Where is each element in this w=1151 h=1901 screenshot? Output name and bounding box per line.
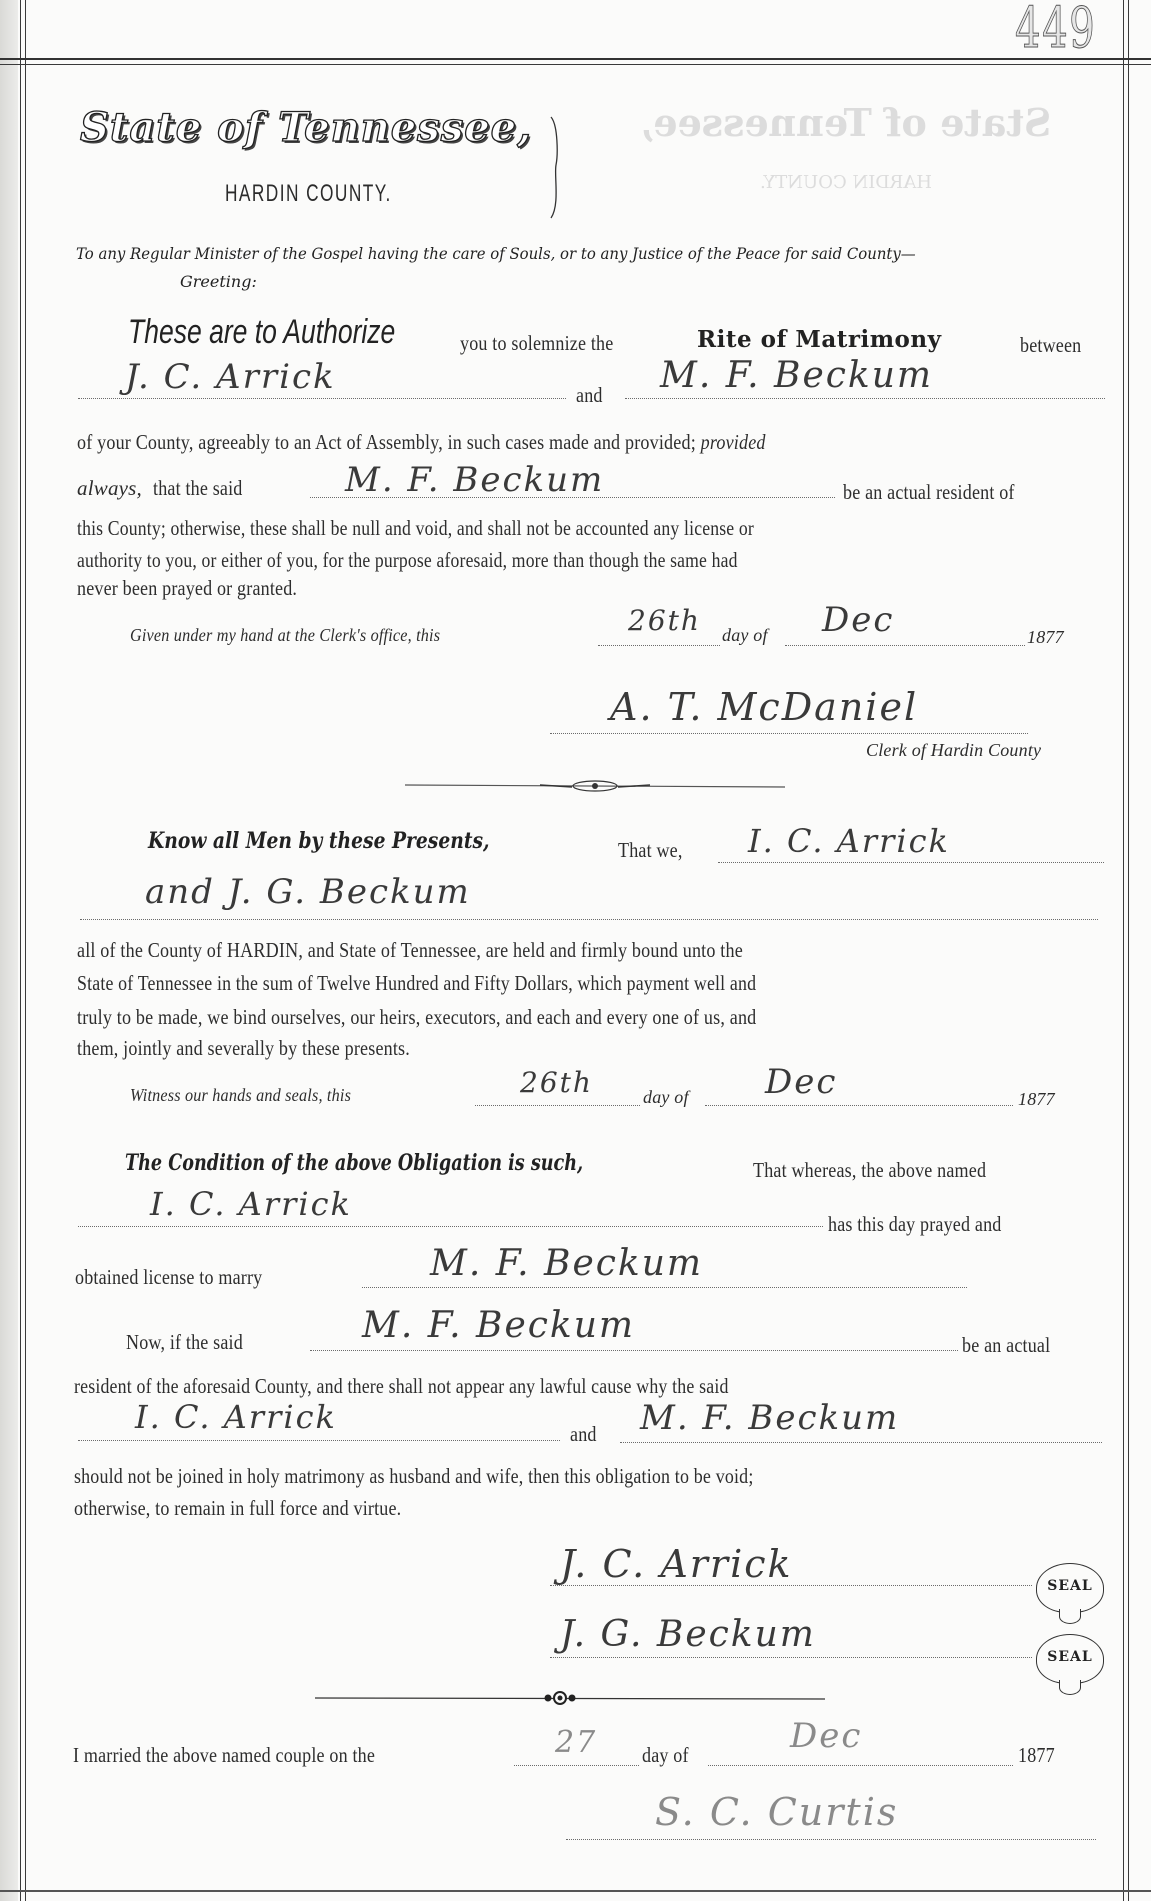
married-day: 27 [555,1725,597,1760]
brace-icon [548,115,564,220]
ornament-divider-2-icon [310,1688,830,1708]
condition-heading-tail: That whereas, the above named [753,1158,986,1183]
address-line: To any Regular Minister of the Gospel ha… [76,244,916,263]
married-month-line [708,1765,1013,1766]
given-day-of: day of [722,625,768,646]
witness-day: 26th [520,1066,593,1099]
condition-applicant: I. C. Arrick [150,1185,352,1223]
that-we-label: That we, [618,838,683,863]
condition-now-name: M. F. Beckum [362,1305,635,1346]
witness-prefix: Witness our hands and seals, this [130,1085,351,1106]
officiant-signature-line [566,1839,1096,1840]
actual-resident-text: be an actual resident of [843,480,1015,505]
condition-and-label: and [570,1422,597,1447]
married-year: 1877 [1018,1743,1055,1768]
county-name: HARDIN COUNTY. [225,180,392,208]
license-para-line1: of your County, agreeably to an Act of A… [77,430,766,455]
bleed-through-title: State of Tennessee, [640,100,1051,145]
married-day-of: day of [642,1743,689,1768]
applicant-field-line [78,1226,823,1227]
bond-surety: and J. G. Beckum [145,872,471,912]
clerk-signature: A. T. McDaniel [610,685,918,729]
bond-para-line1: all of the County of HARDIN, and State o… [77,938,743,963]
signature1: J. C. Arrick [560,1542,793,1586]
signature2: J. G. Beckum [560,1614,816,1655]
document-title: State of Tennessee, [80,104,532,151]
now-name-field-line [310,1350,958,1351]
married-month: Dec [790,1716,862,1756]
witness-year: 1877 [1018,1089,1055,1110]
married-day-line [514,1765,639,1766]
condition-spouse: M. F. Beckum [430,1243,703,1284]
condition-party1: I. C. Arrick [135,1398,337,1436]
right-border-inner [1123,0,1124,1901]
authorize-text: you to solemnize the [460,331,613,356]
prayed-text: has this day prayed and [828,1212,1001,1237]
bond-heading: Know all Men by these Presents, [148,828,490,854]
left-border-outer [20,0,21,1901]
bleed-through-county: HARDIN COUNTY. [760,172,932,193]
actual-text: be an actual [962,1333,1050,1358]
license-para-line5: never been prayed or granted. [77,576,297,601]
witness-day-line [475,1105,640,1106]
bottom-rule [0,1890,1151,1892]
bond-para-line4: them, jointly and severally by these pre… [77,1036,410,1061]
ornament-divider-icon [400,775,790,795]
license-para-line1-text: of your County, agreeably to an Act of A… [77,430,696,454]
license-para-line4: authority to you, or either of you, for … [77,548,738,573]
right-border-outer [1128,0,1129,1901]
bride-name: M. F. Beckum [660,355,933,396]
given-month: Dec [822,600,894,640]
authorize-heading: These are to Authorize [128,313,395,352]
party2-field-line [620,1442,1102,1443]
now-if-text: Now, if the said [126,1330,243,1355]
clerk-title: Clerk of Hardin County [866,740,1041,761]
bond-principal: I. C. Arrick [748,822,950,860]
bride-field-line [625,398,1105,399]
party1-field-line [78,1440,560,1441]
page-number: 449 [1015,0,1096,61]
bond-para-line3: truly to be made, we bind ourselves, our… [77,1005,756,1030]
spouse-field-line [362,1287,967,1288]
given-prefix: Given under my hand at the Clerk's offic… [130,625,440,646]
groom-field-line [78,398,566,399]
signature2-line [550,1657,1032,1658]
rite-of-matrimony: Rite of Matrimony [697,326,941,353]
clerk-signature-line [550,733,1028,734]
greeting: Greeting: [180,272,257,291]
between-label: between [1020,333,1081,358]
condition-party2: M. F. Beckum [640,1398,899,1438]
left-border-inner [25,0,26,1901]
provided-italic: provided [701,430,766,454]
witness-month: Dec [765,1062,837,1102]
that-the-said: that the said [153,476,243,501]
given-day: 26th [628,604,701,637]
seal-1: SEAL [1036,1563,1104,1613]
groom-name: J. C. Arrick [125,357,336,397]
given-month-line [785,645,1025,646]
resident-name: M. F. Beckum [345,460,604,500]
given-year: 1877 [1027,627,1064,648]
void-line2: otherwise, to remain in full force and v… [74,1496,401,1521]
witness-month-line [705,1105,1013,1106]
top-rule-outer [0,58,1151,60]
obtained-text: obtained license to marry [75,1265,262,1290]
given-day-line [598,645,720,646]
principal-field-line [718,862,1104,863]
condition-resident-line: resident of the aforesaid County, and th… [74,1374,729,1399]
officiant-signature: S. C. Curtis [655,1790,898,1834]
always-italic: always, [77,476,142,501]
condition-heading: The Condition of the above Obligation is… [125,1150,583,1176]
married-prefix: I married the above named couple on the [73,1743,375,1768]
bond-para-line2: State of Tennessee in the sum of Twelve … [77,971,756,996]
and-label: and [576,383,603,408]
page-margin [0,0,18,1901]
seal-2: SEAL [1036,1634,1104,1684]
surety-field-line [80,919,1098,920]
license-para-line3: this County; otherwise, these shall be n… [77,516,754,541]
top-rule-inner [0,64,1151,65]
witness-day-of: day of [643,1087,689,1108]
void-line1: should not be joined in holy matrimony a… [74,1464,753,1489]
